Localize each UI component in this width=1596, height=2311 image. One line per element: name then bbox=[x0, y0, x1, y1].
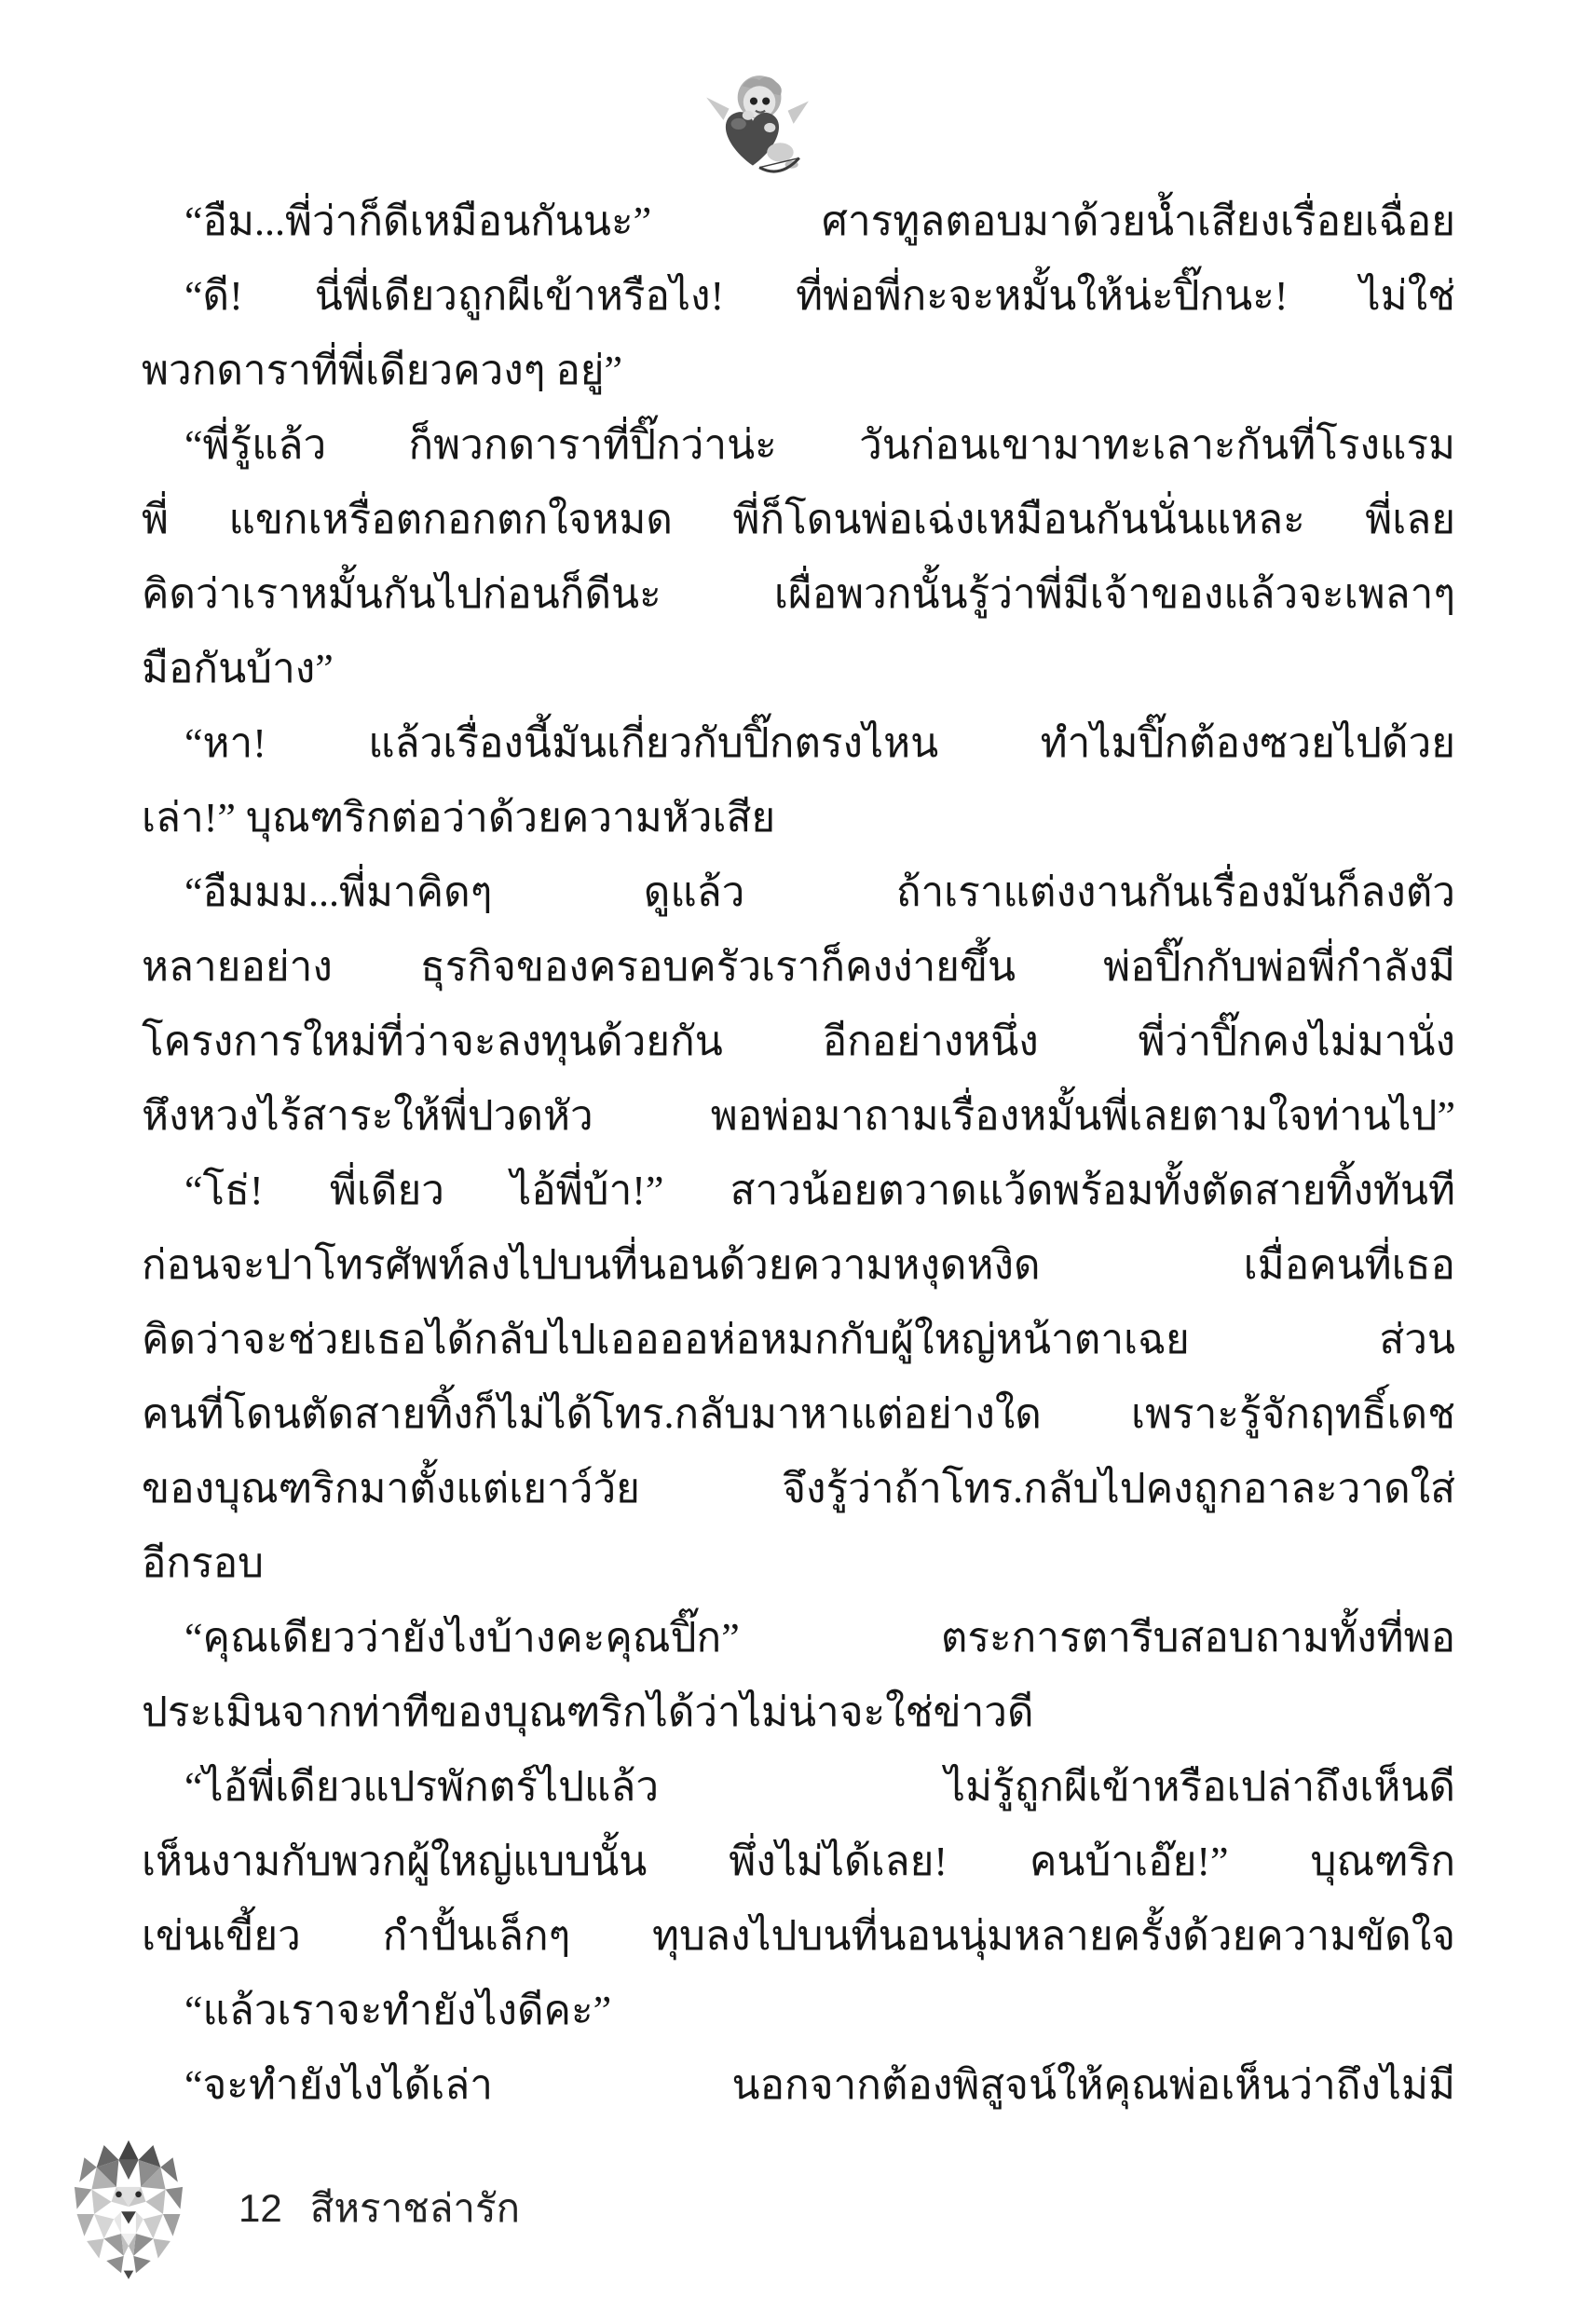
text-line: “อืมมม...พี่มาคิดๆ ดูแล้ว ถ้าเราแต่งงานก… bbox=[142, 855, 1455, 930]
text-line: “คุณเดียวว่ายังไงบ้างคะคุณปิ๊ก” ตระการตา… bbox=[142, 1601, 1455, 1675]
text-line: คิดว่าจะช่วยเธอได้กลับไปเออออห่อหมกกับผู… bbox=[142, 1303, 1455, 1377]
text-line: “หา! แล้วเรื่องนี้มันเกี่ยวกับปิ๊กตรงไหน… bbox=[142, 706, 1455, 781]
text-line: ประเมินจากท่าทีของบุณฑริกได้ว่าไม่น่าจะใ… bbox=[142, 1675, 1455, 1750]
cupid-heart-icon bbox=[699, 71, 812, 185]
text-line: “ไอ้พี่เดียวแปรพักตร์ไปแล้ว ไม่รู้ถูกผีเ… bbox=[142, 1750, 1455, 1825]
lion-logo-icon bbox=[67, 2136, 190, 2281]
text-line: “ดี! นี่พี่เดียวถูกผีเข้าหรือไง! ที่พ่อพ… bbox=[142, 259, 1455, 334]
text-line: พี่ แขกเหรื่อตกอกตกใจหมด พี่ก็โดนพ่อเฉ่ง… bbox=[142, 483, 1455, 557]
text-line: ของบุณฑริกมาตั้งแต่เยาว์วัย จึงรู้ว่าถ้า… bbox=[142, 1452, 1455, 1526]
text-line: “แล้วเราจะทำยังไงดีคะ” bbox=[142, 1974, 1455, 2048]
text-line: เล่า!” บุณฑริกต่อว่าด้วยความหัวเสีย bbox=[142, 781, 1455, 855]
text-line: มือกันบ้าง” bbox=[142, 632, 1455, 706]
text-line: เข่นเขี้ยว กำปั้นเล็กๆ ทุบลงไปบนที่นอนนุ… bbox=[142, 1899, 1455, 1974]
text-line: หลายอย่าง ธุรกิจของครอบครัวเราก็คงง่ายขึ… bbox=[142, 930, 1455, 1005]
text-line: เห็นงามกับพวกผู้ใหญ่แบบนั้น พึ่งไม่ได้เล… bbox=[142, 1825, 1455, 1899]
body-text: “อืม...พี่ว่าก็ดีเหมือนกันนะ” ศารทูลตอบม… bbox=[142, 185, 1455, 2123]
text-line: “อืม...พี่ว่าก็ดีเหมือนกันนะ” ศารทูลตอบม… bbox=[142, 185, 1455, 259]
page-footer: 12 สีหราชล่ารัก bbox=[67, 2136, 520, 2281]
text-line: “จะทำยังไงได้เล่า นอกจากต้องพิสูจน์ให้คุ… bbox=[142, 2048, 1455, 2123]
text-line: คิดว่าเราหมั้นกันไปก่อนก็ดีนะ เผื่อพวกนั… bbox=[142, 557, 1455, 632]
text-line: “พี่รู้แล้ว ก็พวกดาราที่ปิ๊กว่าน่ะ วันก่… bbox=[142, 408, 1455, 483]
text-line: คนที่โดนตัดสายทิ้งก็ไม่ได้โทร.กลับมาหาแต… bbox=[142, 1377, 1455, 1452]
book-page: “อืม...พี่ว่าก็ดีเหมือนกันนะ” ศารทูลตอบม… bbox=[0, 0, 1596, 2311]
text-line: ก่อนจะปาโทรศัพท์ลงไปบนที่นอนด้วยความหงุด… bbox=[142, 1228, 1455, 1303]
book-title: สีหราชล่ารัก bbox=[310, 2178, 520, 2239]
text-line: “โธ่! พี่เดียว ไอ้พี่บ้า!” สาวน้อยตวาดแว… bbox=[142, 1154, 1455, 1228]
page-number: 12 bbox=[239, 2186, 282, 2231]
text-line: โครงการใหม่ที่ว่าจะลงทุนด้วยกัน อีกอย่าง… bbox=[142, 1005, 1455, 1079]
text-line: พวกดาราที่พี่เดียวควงๆ อยู่” bbox=[142, 334, 1455, 408]
text-line: หึงหวงไร้สาระให้พี่ปวดหัว พอพ่อมาถามเรื่… bbox=[142, 1079, 1455, 1154]
text-line: อีกรอบ bbox=[142, 1526, 1455, 1601]
